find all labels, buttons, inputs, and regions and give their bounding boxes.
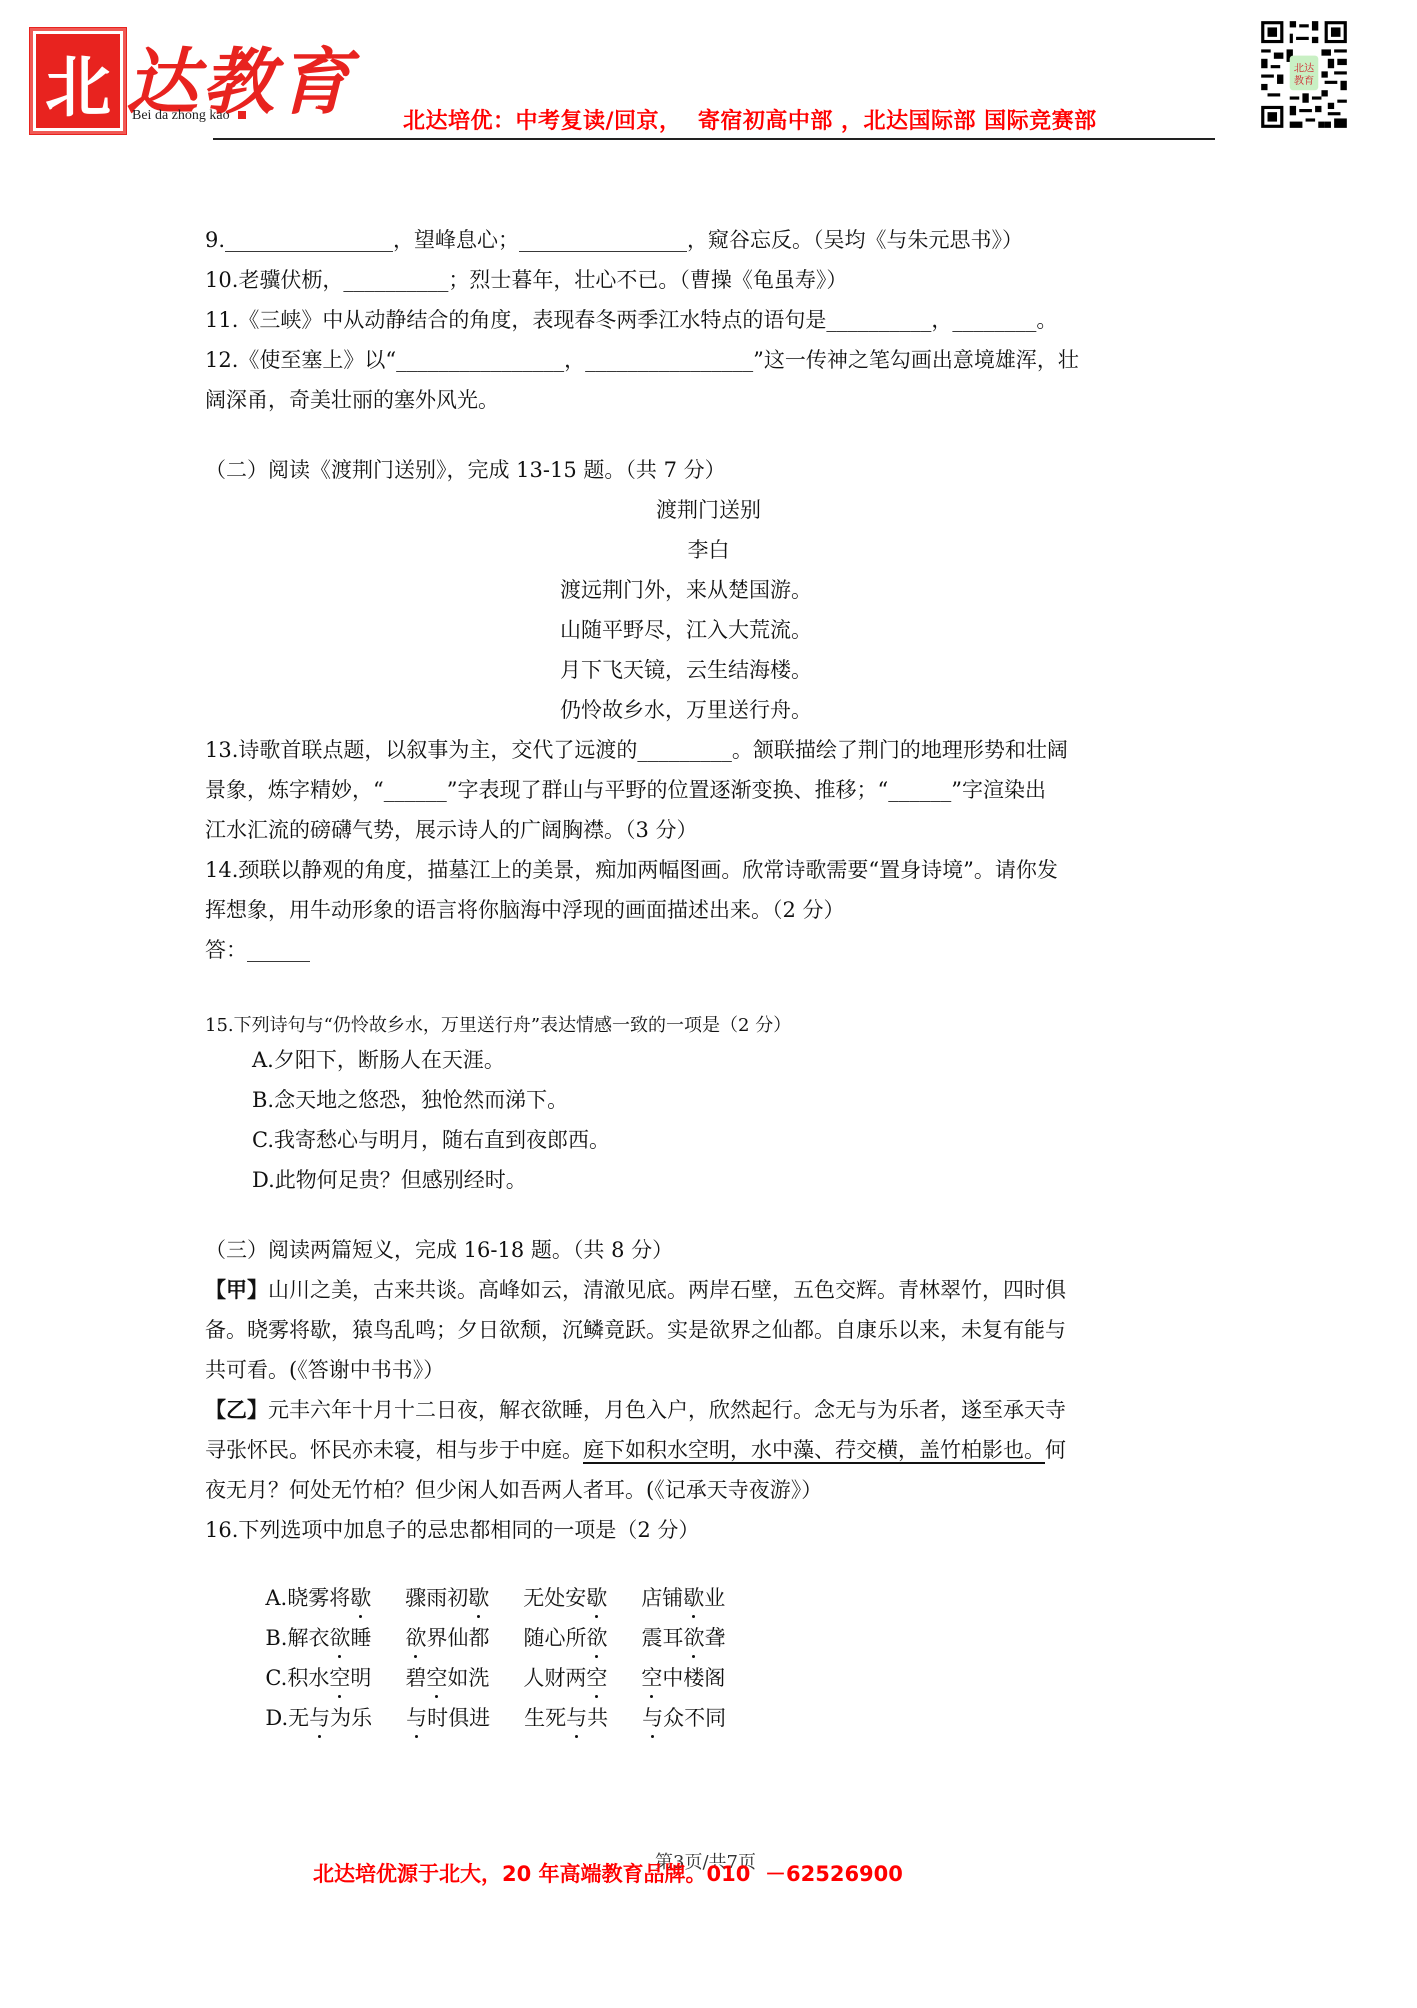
question-9: 9.________________，望峰息心；________________… — [205, 226, 1023, 254]
passage-yi-text: 寻张怀民。怀民亦未寝，相与步于中庭。 — [205, 1438, 583, 1462]
header-divider — [213, 138, 1215, 140]
logo-subtitle-text: Bei da zhong kao — [132, 108, 230, 123]
option-word: 生死与共 — [524, 1704, 608, 1732]
question-14-answer: 答：______ — [205, 936, 310, 964]
poem-title: 渡荆门送别 — [0, 496, 1417, 524]
svg-text:教育: 教育 — [1294, 74, 1314, 87]
emphasized-char: 与 — [566, 1706, 587, 1730]
option-letter: D. — [265, 1706, 288, 1730]
question-15-stem: 15.下列诗句与“仍怜故乡水，万里送行舟”表达情感一致的一项是（2 分） — [205, 1012, 791, 1040]
question-14-line2: 挥想象，用牛动形象的语言将你脑海中浮现的画面描述出来。（2 分） — [205, 896, 845, 924]
option-word: 与时俱进 — [406, 1704, 490, 1732]
section-3-heading: （三）阅读两篇短义，完成 16-18 题。（共 8 分） — [205, 1236, 673, 1264]
section-2-heading: （二）阅读《渡荆门送别》，完成 13-15 题。（共 7 分） — [205, 456, 726, 484]
option-word: 无与为乐 — [288, 1704, 372, 1732]
question-15-option-b: B.念天地之悠恐，独怆然而涕下。 — [252, 1086, 568, 1114]
passage-jia-line2: 备。晓雾将歇，猿鸟乱鸣；夕日欲颓，沉鳞竟跃。实是欲界之仙都。自康乐以来，未复有能… — [205, 1316, 1066, 1344]
poem-line: 山随平野尽，江入大荒流。 — [560, 616, 812, 644]
poem-line: 渡远荆门外，来从楚国游。 — [560, 576, 812, 604]
question-16-option-d: D.无与为乐与时俱进生死与共与众不同 — [252, 1676, 760, 1732]
question-13-line2: 景象，炼字精妙，“______”字表现了群山与平野的位置逐渐变换、推移；“___… — [205, 776, 1046, 804]
passage-yi-line3: 夜无月？何处无竹柏？但少闲人如吾两人者耳。(《记承天寺夜游》） — [205, 1476, 822, 1504]
question-12-line1: 12.《使至塞上》以“________________，____________… — [205, 346, 1079, 374]
qr-code-icon: 北达 教育 — [1258, 18, 1350, 131]
header-slogan: 北达培优：中考复读/回京， 寄宿初高中部 ，北达国际部 国际竞赛部 — [403, 104, 1097, 135]
logo-subtitle: Bei da zhong kao — [132, 108, 246, 124]
question-15-option-d: D.此物何足贵？但感别经时。 — [252, 1166, 527, 1194]
logo-mark: 北 — [30, 28, 126, 134]
passage-jia-line1: 【甲】山川之美，古来共谈。高峰如云，清澈见底。两岸石壁，五色交辉。青林翠竹，四时… — [205, 1276, 1066, 1304]
passage-yi-line1: 【乙】元丰六年十月十二日夜，解衣欲睡，月色入户，欣然起行。念无与为乐者，遂至承天… — [205, 1396, 1066, 1424]
emphasized-char: 与 — [309, 1706, 330, 1730]
red-square-icon — [238, 111, 246, 119]
question-16-stem: 16.下列选项中加息子的忌忠都相同的一项是（2 分） — [205, 1516, 699, 1544]
question-14-line1: 14.颈联以静观的角度，描墓江上的美景，痴加两幅图画。欣常诗歌需要“置身诗境”。… — [205, 856, 1058, 884]
emphasized-char: 与 — [642, 1706, 663, 1730]
question-13-line1: 13.诗歌首联点题，以叙事为主，交代了远渡的_________。颔联描绘了荆门的… — [205, 736, 1068, 764]
emphasized-char: 与 — [406, 1706, 427, 1730]
logo-mark-char: 北 — [45, 34, 111, 129]
question-13-line3: 江水汇流的磅礴气势，展示诗人的广阔胸襟。（3 分） — [205, 816, 698, 844]
poem-line: 月下飞天镜，云生结海楼。 — [560, 656, 812, 684]
passage-yi-text: 元丰六年十月十二日夜，解衣欲睡，月色入户，欣然起行。念无与为乐者，遂至承天寺 — [268, 1398, 1066, 1422]
question-12-line2: 阔深甬，奇美壮丽的塞外风光。 — [205, 386, 499, 414]
passage-yi-text: 何 — [1045, 1438, 1066, 1462]
question-10: 10.老骥伏枥，__________；烈士暮年，壮心不已。（曹操《龟虽寿》） — [205, 266, 847, 294]
passage-yi-label: 【乙】 — [205, 1397, 268, 1422]
question-15-option-a: A.夕阳下，断肠人在天涯。 — [252, 1046, 505, 1074]
underlined-sentence: 庭下如积水空明，水中藻、荇交横，盖竹柏影也。 — [583, 1438, 1045, 1462]
svg-text:北达: 北达 — [1294, 61, 1315, 74]
passage-jia-line3: 共可看。(《答谢中书书》） — [205, 1356, 444, 1384]
poem-author: 李白 — [0, 536, 1417, 564]
option-word: 与众不同 — [642, 1704, 726, 1732]
passage-yi-line2: 寻张怀民。怀民亦未寝，相与步于中庭。庭下如积水空明，水中藻、荇交横，盖竹柏影也。… — [205, 1436, 1066, 1464]
footer-slogan: 北达培优源于北大，20 年高端教育品牌。010 －62526900 — [313, 1858, 903, 1888]
question-11: 11.《三峡》中从动静结合的角度，表现春冬两季江水特点的语句是_________… — [205, 306, 1057, 334]
question-15-option-c: C.我寄愁心与明月，随右直到夜郎西。 — [252, 1126, 610, 1154]
poem-line: 仍怜故乡水，万里送行舟。 — [560, 696, 812, 724]
passage-jia-label: 【甲】 — [205, 1277, 268, 1302]
passage-jia-text: 山川之美，古来共谈。高峰如云，清澈见底。两岸石壁，五色交辉。青林翠竹，四时俱 — [268, 1278, 1066, 1302]
